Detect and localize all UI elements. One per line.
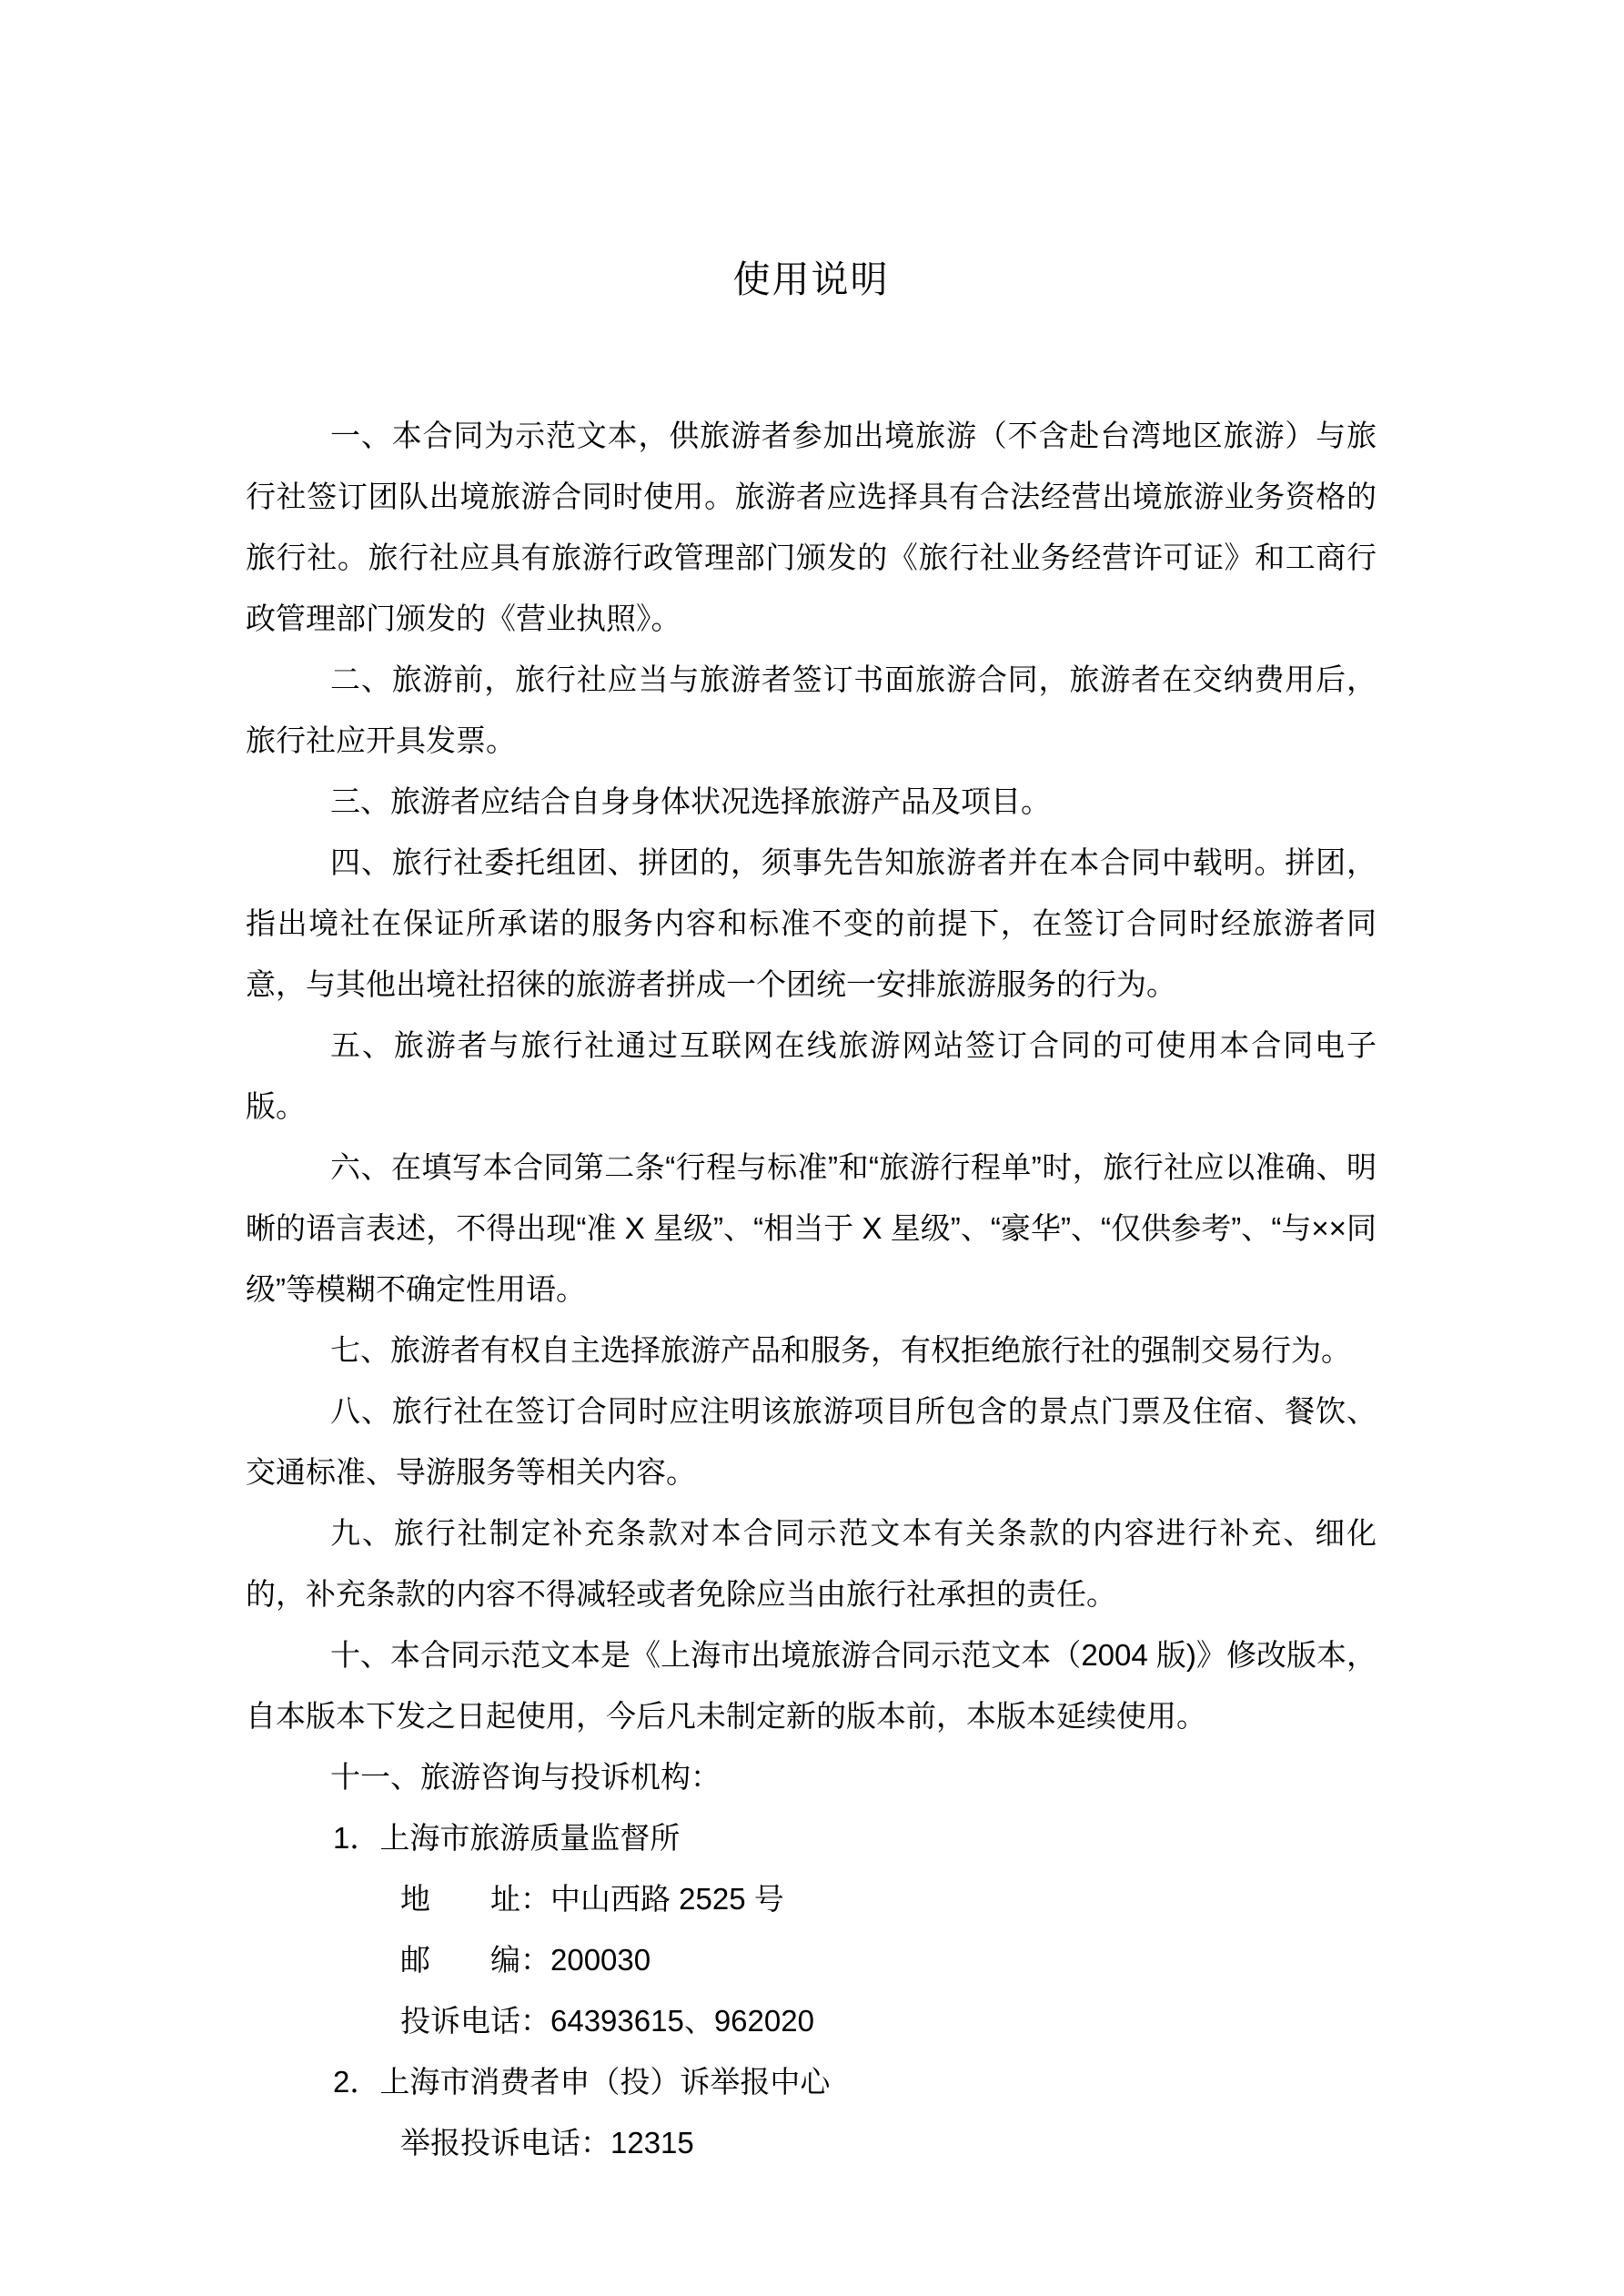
contact-address: 地 址：中山西路 2525 号	[246, 1868, 1377, 1929]
contact-report-phone: 举报投诉电话：12315	[246, 2112, 1377, 2173]
contact-org-1: 1．上海市旅游质量监督所	[246, 1807, 1377, 1868]
paragraph-2: 二、旅游前，旅行社应当与旅游者签订书面旅游合同，旅游者在交纳费用后，旅行社应开具…	[246, 649, 1377, 771]
paragraph-9: 九、旅行社制定补充条款对本合同示范文本有关条款的内容进行补充、细化的，补充条款的…	[246, 1502, 1377, 1624]
document-page: 使用说明 一、本合同为示范文本，供旅游者参加出境旅游（不含赴台湾地区旅游）与旅行…	[0, 0, 1624, 2296]
contact-postcode: 邮 编：200030	[246, 1929, 1377, 1990]
paragraph-10: 十、本合同示范文本是《上海市出境旅游合同示范文本（2004 版)》修改版本，自本…	[246, 1624, 1377, 1746]
contact-complaint-phone: 投诉电话：64393615、962020	[246, 1990, 1377, 2051]
paragraph-5: 五、旅游者与旅行社通过互联网在线旅游网站签订合同的可使用本合同电子版。	[246, 1015, 1377, 1137]
paragraph-7: 七、旅游者有权自主选择旅游产品和服务，有权拒绝旅行社的强制交易行为。	[246, 1320, 1377, 1381]
paragraph-1: 一、本合同为示范文本，供旅游者参加出境旅游（不含赴台湾地区旅游）与旅行社签订团队…	[246, 405, 1377, 649]
paragraph-8: 八、旅行社在签订合同时应注明该旅游项目所包含的景点门票及住宿、餐饮、交通标准、导…	[246, 1381, 1377, 1502]
page-title: 使用说明	[246, 252, 1377, 307]
contact-org-2: 2．上海市消费者申（投）诉举报中心	[246, 2051, 1377, 2112]
paragraph-6: 六、在填写本合同第二条“行程与标准”和“旅游行程单”时，旅行社应以准确、明晰的语…	[246, 1137, 1377, 1320]
paragraph-11: 十一、旅游咨询与投诉机构：	[246, 1746, 1377, 1807]
paragraph-4: 四、旅行社委托组团、拼团的，须事先告知旅游者并在本合同中载明。拼团，指出境社在保…	[246, 832, 1377, 1015]
paragraph-3: 三、旅游者应结合自身身体状况选择旅游产品及项目。	[246, 771, 1377, 832]
